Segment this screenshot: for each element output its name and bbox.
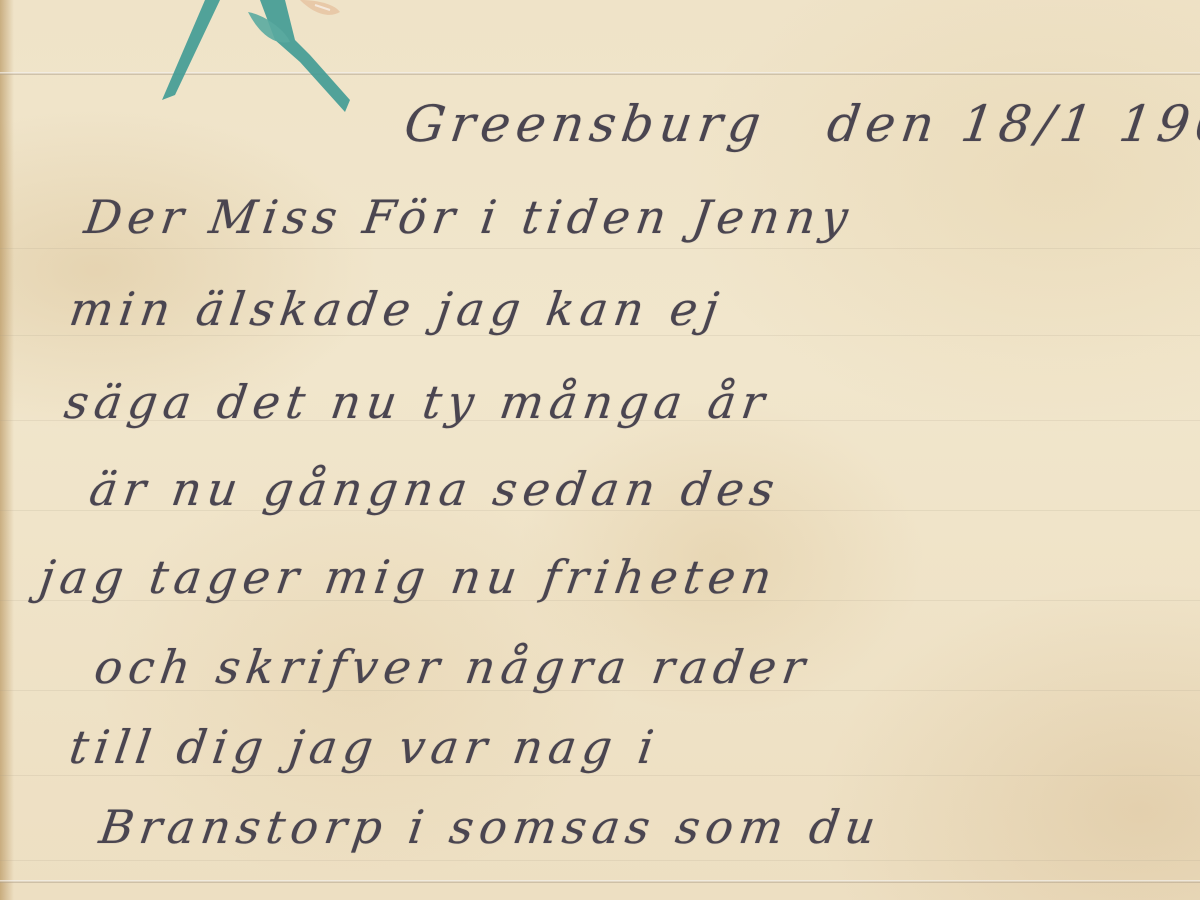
letter-line: Branstorp i somsas som du (96, 800, 884, 854)
letter-body: Greensburg den 18/1 1900 Der Miss För i … (0, 0, 1200, 900)
letter-line: Der Miss För i tiden Jenny (81, 190, 857, 244)
letter-line: är nu gångna sedan des (86, 462, 783, 516)
letter-date: den 18/1 1900 (824, 95, 1200, 153)
letter-header: Greensburg den 18/1 1900 (401, 95, 1200, 153)
letter-line: säga det nu ty många år (61, 375, 773, 429)
letter-place: Greensburg (401, 95, 770, 153)
letter-line: till dig jag var nag i (66, 720, 663, 774)
letter-line: och skrifver några rader (91, 640, 814, 694)
letter-line: min älskade jag kan ej (66, 282, 727, 336)
letter-line: jag tager mig nu friheten (36, 550, 781, 604)
